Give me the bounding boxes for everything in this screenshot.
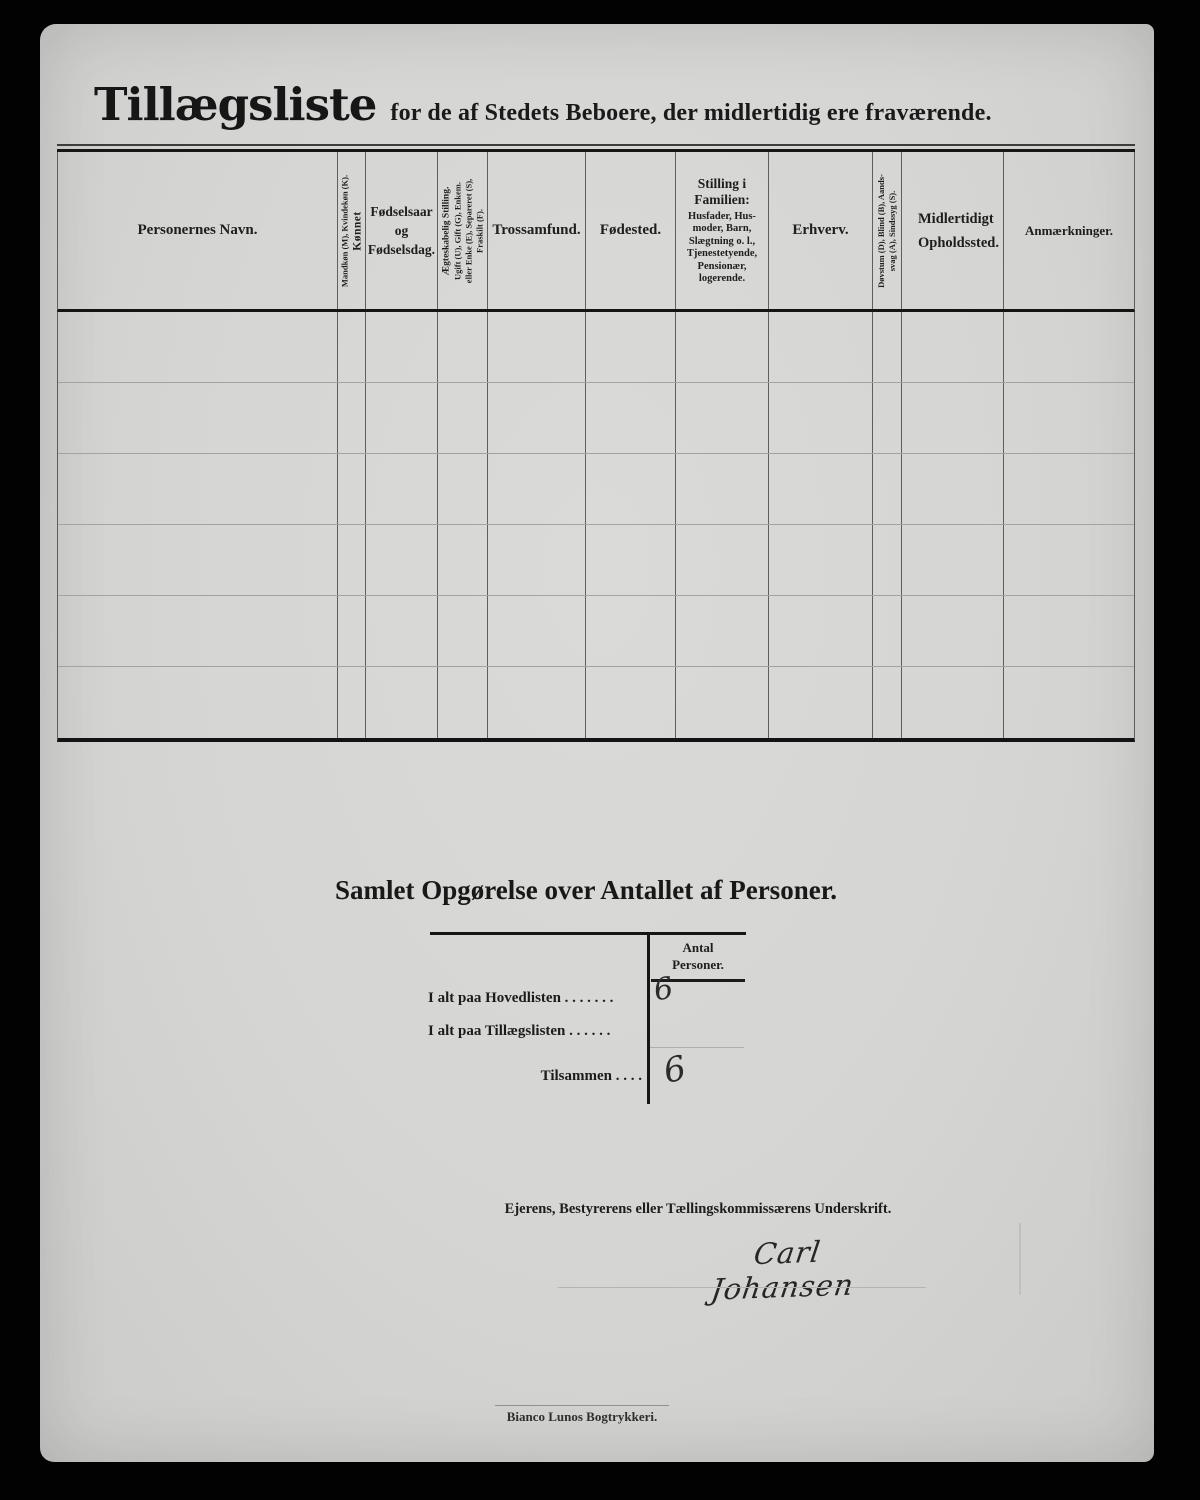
scanned-form-page: Tillægsliste for de af Stedets Beboere, … <box>40 24 1154 1462</box>
table-cell <box>58 383 338 453</box>
table-cell <box>902 312 1004 382</box>
table-cell <box>438 312 488 382</box>
summary-value-hovedlisten: 6 <box>651 971 676 1009</box>
table-cell <box>769 596 873 666</box>
summary-heading: Samlet Opgørelse over Antallet af Person… <box>286 875 886 906</box>
table-cell <box>488 525 586 595</box>
summary-value-tilsammen: 6 <box>660 1048 689 1092</box>
table-cell <box>488 312 586 382</box>
summary-row-tillaegslisten-label: I alt paa Tillægslisten . . . . . . <box>428 1023 610 1040</box>
summary-column-header: Antal Personer. <box>651 939 745 973</box>
table-cell <box>676 667 769 738</box>
table-cell <box>586 312 676 382</box>
table-cell <box>769 525 873 595</box>
summary-row-hovedlisten-label: I alt paa Hovedlisten . . . . . . . <box>428 990 613 1007</box>
table-cell <box>338 667 366 738</box>
table-cell <box>1004 312 1134 382</box>
table-cell <box>366 383 438 453</box>
signature-handwriting: Carl Johansen <box>675 1232 894 1308</box>
table-cell <box>58 667 338 738</box>
table-cell <box>676 454 769 524</box>
table-cell <box>58 312 338 382</box>
table-cell <box>1004 596 1134 666</box>
table-cell <box>366 525 438 595</box>
column-header-foedselsaar: Fødselsaar og Fødselsdag. <box>366 152 438 309</box>
table-cell <box>488 667 586 738</box>
paper-crease-mark <box>1019 1223 1021 1295</box>
column-header-personernes-navn: Personernes Navn. <box>58 152 338 309</box>
printer-credit: Bianco Lunos Bogtrykkeri. <box>475 1409 689 1425</box>
table-cell <box>338 312 366 382</box>
table-cell <box>676 312 769 382</box>
table-cell <box>366 667 438 738</box>
table-cell <box>438 454 488 524</box>
page-subtitle: for de af Stedets Beboere, der midlertid… <box>390 100 991 127</box>
table-cell <box>873 383 902 453</box>
column-header-foedested: Fødested. <box>586 152 676 309</box>
table-cell <box>586 667 676 738</box>
summary-vertical-rule <box>647 932 650 1104</box>
table-body <box>57 312 1135 742</box>
column-header-aegteskabelig-stilling: Ægteskabelig Stilling. Ugift (U), Gift (… <box>438 152 488 309</box>
summary-faint-rule <box>650 1047 744 1048</box>
table-cell <box>366 596 438 666</box>
table-row <box>58 596 1134 667</box>
column-header-stilling-i-familien: Stilling i Familien: Husfader, Hus- mode… <box>676 152 769 309</box>
table-cell <box>338 383 366 453</box>
table-cell <box>366 454 438 524</box>
summary-row-tilsammen-label: Tilsammen . . . . <box>420 1068 642 1085</box>
table-cell <box>873 667 902 738</box>
table-cell <box>902 596 1004 666</box>
table-cell <box>438 667 488 738</box>
table-cell <box>902 525 1004 595</box>
table-cell <box>873 454 902 524</box>
table-cell <box>676 383 769 453</box>
table-cell <box>58 454 338 524</box>
table-cell <box>488 596 586 666</box>
table-cell <box>769 312 873 382</box>
table-cell <box>366 312 438 382</box>
table-cell <box>438 525 488 595</box>
table-row <box>58 525 1134 596</box>
column-header-doevstum: Døvstum (D), Blind (B), Aands- svag (A),… <box>873 152 902 309</box>
page-title: Tillægsliste <box>94 78 376 131</box>
signature-underline <box>558 1287 926 1288</box>
table-cell <box>1004 454 1134 524</box>
table-cell <box>338 596 366 666</box>
summary-top-rule <box>430 932 746 935</box>
printer-rule <box>495 1405 669 1406</box>
table-cell <box>1004 667 1134 738</box>
table-cell <box>338 525 366 595</box>
table-cell <box>902 667 1004 738</box>
table-cell <box>58 596 338 666</box>
table-cell <box>488 454 586 524</box>
column-header-koennet: Mandkøn (M), Kvindekøn (K). Kønnet <box>338 152 366 309</box>
table-cell <box>1004 383 1134 453</box>
table-header: Personernes Navn. Mandkøn (M), Kvindekøn… <box>57 152 1135 312</box>
table-row <box>58 454 1134 525</box>
scan-background: { "page": { "title": "Tillægsliste", "su… <box>0 0 1200 1500</box>
column-header-midlertidigt-opholdssted: Midlertidigt Opholdssted. <box>902 152 1004 309</box>
table-cell <box>586 454 676 524</box>
table-cell <box>58 525 338 595</box>
table-cell <box>676 525 769 595</box>
table-cell <box>488 383 586 453</box>
table-row <box>58 667 1134 738</box>
table-cell <box>769 667 873 738</box>
column-header-anmaerkninger: Anmærkninger. <box>1004 152 1134 309</box>
table-row <box>58 312 1134 383</box>
table-cell <box>586 383 676 453</box>
table-cell <box>1004 525 1134 595</box>
table-cell <box>438 596 488 666</box>
table-cell <box>586 596 676 666</box>
table-cell <box>873 525 902 595</box>
table-cell <box>873 596 902 666</box>
census-table: Personernes Navn. Mandkøn (M), Kvindekøn… <box>57 144 1135 742</box>
signature-caption: Ejerens, Bestyrerens eller Tællingskommi… <box>498 1201 898 1218</box>
table-cell <box>338 454 366 524</box>
column-header-erhverv: Erhverv. <box>769 152 873 309</box>
form-title-row: Tillægsliste for de af Stedets Beboere, … <box>94 78 992 131</box>
table-cell <box>438 383 488 453</box>
table-cell <box>902 383 1004 453</box>
table-cell <box>676 596 769 666</box>
table-cell <box>769 454 873 524</box>
table-cell <box>873 312 902 382</box>
column-header-trossamfund: Trossamfund. <box>488 152 586 309</box>
table-cell <box>586 525 676 595</box>
table-row <box>58 383 1134 454</box>
table-cell <box>902 454 1004 524</box>
table-cell <box>769 383 873 453</box>
